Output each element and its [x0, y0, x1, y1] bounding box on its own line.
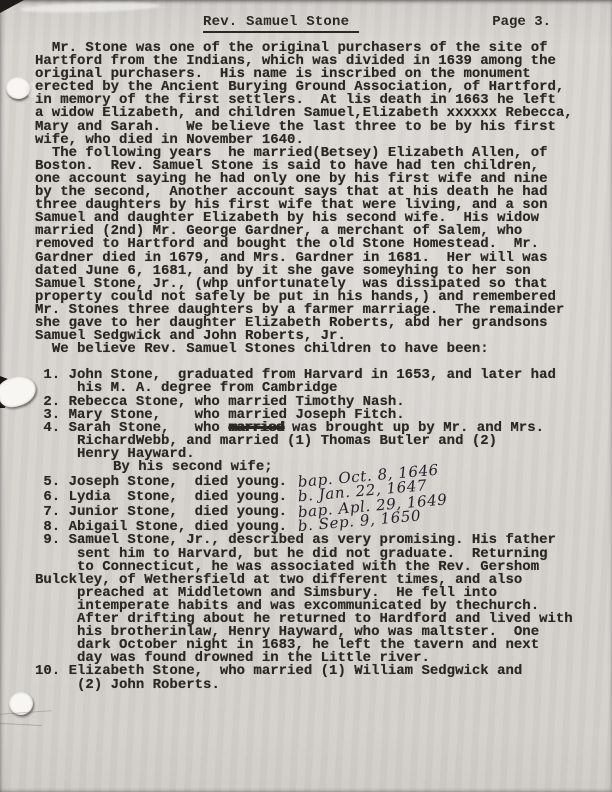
page-number: Page 3. — [492, 14, 551, 30]
paragraph-original-purchasers: Mr. Stone was one of the original purcha… — [35, 42, 587, 147]
paragraph-second-marriage: The following years he married(Betsey) E… — [35, 147, 587, 343]
child-item-10: 10. Elizabeth Stone, who married (1) Wil… — [35, 665, 587, 691]
scan-corner-shadow — [0, 0, 24, 13]
paper-tear-highlight — [20, 1, 160, 14]
paragraph-children-intro: We believe Rev. Samuel Stones children t… — [35, 343, 587, 356]
paper-crease — [0, 723, 42, 726]
document-body: Mr. Stone was one of the original purcha… — [35, 42, 587, 692]
page-content: Rev. Samuel Stone Page 3. Mr. Stone was … — [35, 14, 587, 692]
child-item-6-text: 6. Lydia Stone, died young. — [35, 489, 295, 505]
punch-hole-middle-torn — [0, 373, 39, 410]
document-title: Rev. Samuel Stone — [203, 14, 359, 33]
child-item-4: 4. Sarah Stone, who married was brought … — [35, 422, 587, 461]
scanned-document-page: Rev. Samuel Stone Page 3. Mr. Stone was … — [0, 0, 612, 792]
child-item-7-text: 7. Junior Stone, died young. — [35, 504, 295, 520]
child-item-1: 1. John Stone, graduated from Harvard in… — [35, 369, 587, 395]
page-header: Rev. Samuel Stone Page 3. — [35, 14, 587, 33]
child-item-5-text: 5. Joseph Stone, died young. — [35, 474, 295, 490]
child-item-9: 9. Samuel Stone, Jr., described as very … — [35, 534, 587, 665]
